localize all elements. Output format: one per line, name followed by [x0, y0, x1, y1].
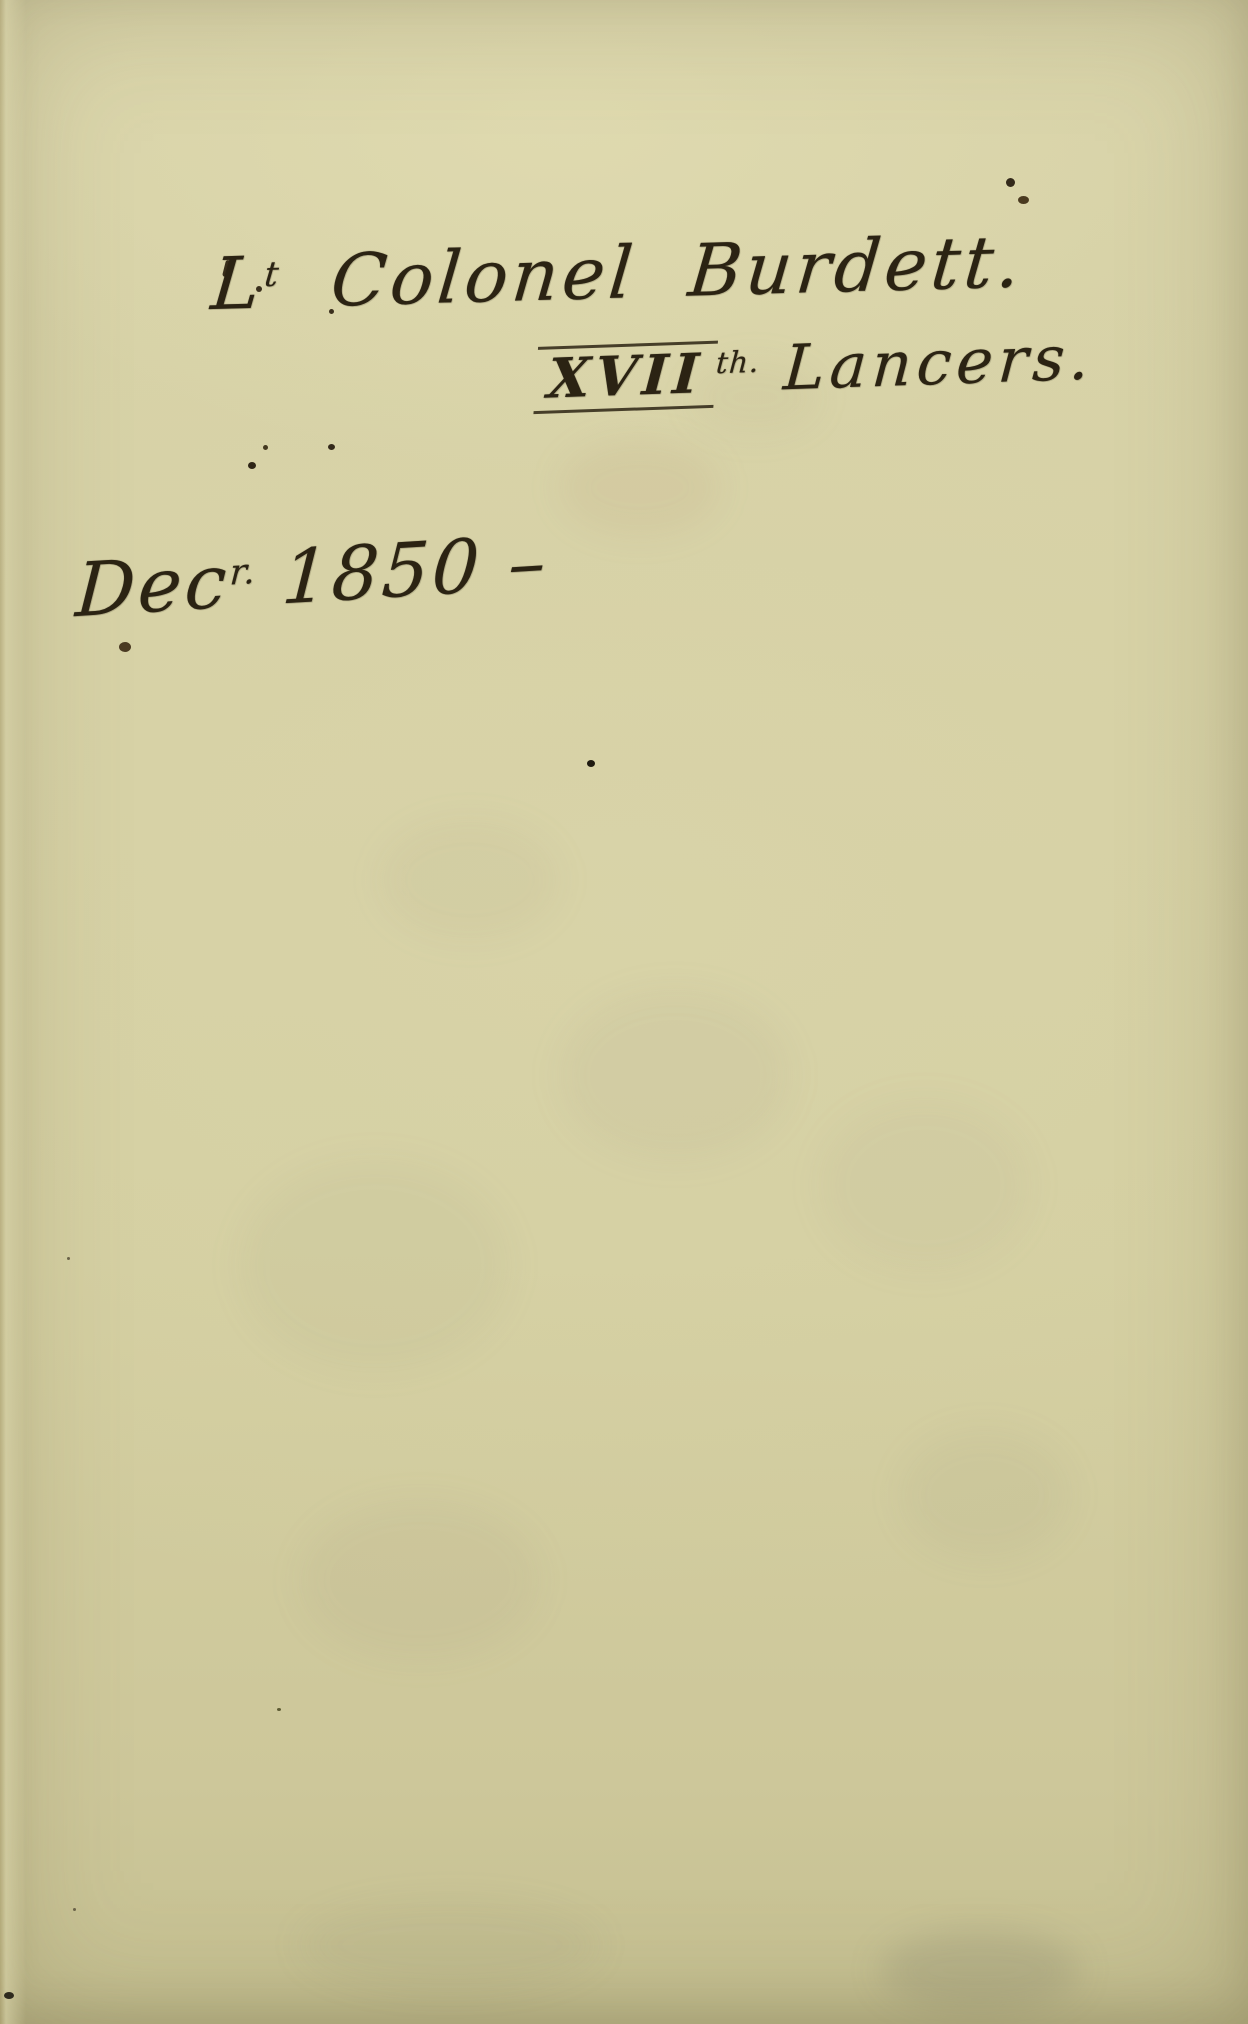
ink-speck [67, 1257, 70, 1260]
ink-speck [1018, 196, 1029, 204]
book-flyleaf-photo: Lt Colonel Burdett. XVIIth. Lancers. Dec… [0, 0, 1248, 2024]
ink-speck [248, 462, 256, 469]
paper-stain [560, 990, 790, 1160]
owner-name: Colonel Burdett. [275, 219, 1028, 324]
paper-stain [880, 1930, 1080, 2010]
ink-speck [73, 1908, 76, 1911]
regiment-ordinal-superscript: th. [715, 345, 761, 382]
inscription-owner-line: Lt Colonel Burdett. [208, 219, 1028, 326]
paper-stain [300, 1900, 600, 1990]
ink-speck [587, 760, 595, 767]
ink-speck [328, 444, 335, 450]
inscription-regiment-line: XVIIth. Lancers. [533, 320, 1096, 414]
paper-stain [560, 440, 720, 535]
regiment-numeral: XVII [533, 341, 717, 415]
year-text: 1850 – [253, 519, 551, 623]
inscription-date-line: Decr. 1850 – [73, 519, 551, 634]
ink-speck [277, 1708, 281, 1711]
paper-stain [820, 1100, 1030, 1270]
ink-speck [4, 1992, 14, 1999]
ink-speck [119, 642, 131, 652]
ink-speck [263, 445, 268, 450]
month-abbreviation: Dec [73, 538, 232, 634]
month-superscript: r. [229, 551, 258, 594]
paper-stain [240, 1160, 510, 1370]
paper-stain [300, 1500, 540, 1660]
paper-stain [380, 820, 560, 940]
paper-stain [900, 1430, 1070, 1560]
rank-abbreviation: L [208, 240, 268, 326]
page-left-edge [0, 0, 26, 2024]
regiment-name: Lancers. [757, 320, 1097, 405]
ink-speck [1006, 178, 1015, 187]
